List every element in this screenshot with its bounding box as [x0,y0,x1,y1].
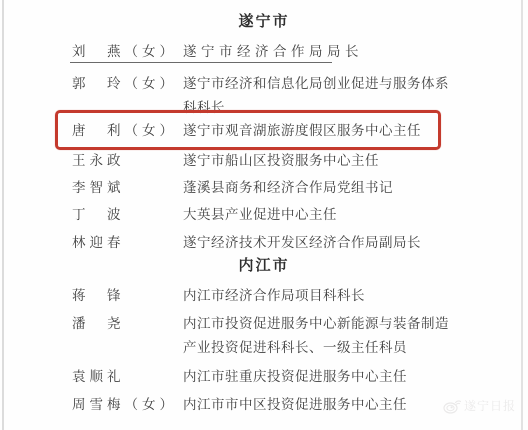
person-name: 唐 利（女） [72,119,177,143]
person-name: 林迎春 [72,231,125,255]
person-name: 李智斌 [72,176,125,200]
person-name: 丁 波 [72,203,125,227]
page-edge-left [2,0,4,430]
person-title: 大英县产业促进中心主任 [183,203,453,227]
person-title: 遂宁市船山区投资服务中心主任 [183,149,453,173]
person-title: 遂宁经济技术开发区经济合作局副局长 [183,231,453,255]
section-title-neijiang: 内江市 [0,254,528,278]
person-title: 遂宁市经济合作局局长 [183,40,513,64]
person-name: 王永政 [72,149,125,173]
person-name: 潘 尧 [72,312,125,336]
section-title-suining: 遂宁市 [0,10,528,34]
weibo-watermark: 遂宁日报 [443,397,516,414]
row-underline [70,62,332,63]
person-title: 内江市驻重庆投资促进服务中心主任 [183,365,453,389]
person-name: 刘 燕（女） [72,40,177,64]
person-name: 袁顺礼 [72,365,125,389]
person-name: 蒋 锋 [72,284,125,308]
person-name: 周雪梅（女） [72,393,177,417]
person-title: 内江市投资促进服务中心新能源与装备制造产业投资促进科科长、一级主任科员 [183,312,453,360]
person-name: 郭 玲（女） [72,72,177,96]
person-title: 内江市经济合作局项目科科长 [183,284,453,308]
page-edge-right [521,0,523,430]
watermark-text: 遂宁日报 [464,397,516,414]
person-title: 内江市市中区投资促进服务中心主任 [183,393,453,417]
person-title: 遂宁市观音湖旅游度假区服务中心主任 [183,119,453,143]
document-page: 遂宁市 刘 燕（女） 遂宁市经济合作局局长 郭 玲（女） 遂宁市经济和信息化局创… [0,0,528,430]
weibo-eye-icon [443,398,461,414]
person-title: 蓬溪县商务和经济合作局党组书记 [183,176,453,200]
